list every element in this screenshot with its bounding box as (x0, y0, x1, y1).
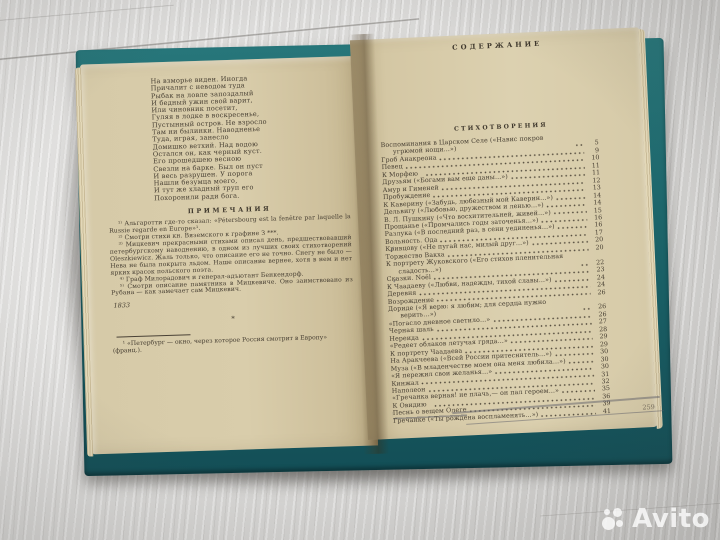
avito-watermark-label: Avito (632, 504, 710, 534)
avito-logo-icon (602, 506, 628, 532)
left-page: На взморье виден. ИногдаПричалит с невод… (80, 56, 378, 455)
pencil-checkmark: ✓ (391, 275, 399, 285)
dot-leader (581, 263, 589, 265)
avito-watermark: Avito (602, 504, 710, 534)
contents-header: СОДЕРЖАНИЕ (376, 36, 618, 55)
toc-entry-page: 26 (593, 289, 605, 297)
dot-leader (576, 144, 584, 146)
poem-year: 1833 (113, 295, 353, 310)
wood-plank-groove (0, 4, 174, 22)
photo-open-book-on-wood: На взморье виден. ИногдаПричалит с невод… (0, 0, 720, 540)
dot-leader (583, 308, 591, 310)
toc-entry-page: 20 (591, 244, 603, 252)
toc-entry-page: 41 (599, 408, 611, 416)
right-page: СОДЕРЖАНИЕ СТИХОТВОРЕНИЯ Воспоминания в … (350, 27, 658, 440)
footnote: ¹ «Петербург — окно, через которое Росси… (113, 333, 343, 354)
poem: На взморье виден. ИногдаПричалит с невод… (150, 72, 350, 202)
page-number: 259 (642, 403, 655, 412)
right-page-content: СОДЕРЖАНИЕ СТИХОТВОРЕНИЯ Воспоминания в … (350, 27, 658, 440)
section-separator: * (112, 312, 354, 327)
footnote-rule (117, 334, 191, 337)
dot-leader (541, 412, 596, 416)
toc-list: Воспоминания в Царском Селе («Навис покр… (381, 132, 612, 425)
notes-section: ¹⁾ Альгаротти где-то сказал: «Pétersbour… (109, 214, 353, 298)
pencil-checkmark: ✓ (388, 244, 396, 254)
left-page-content: На взморье виден. ИногдаПричалит с невод… (80, 56, 378, 455)
